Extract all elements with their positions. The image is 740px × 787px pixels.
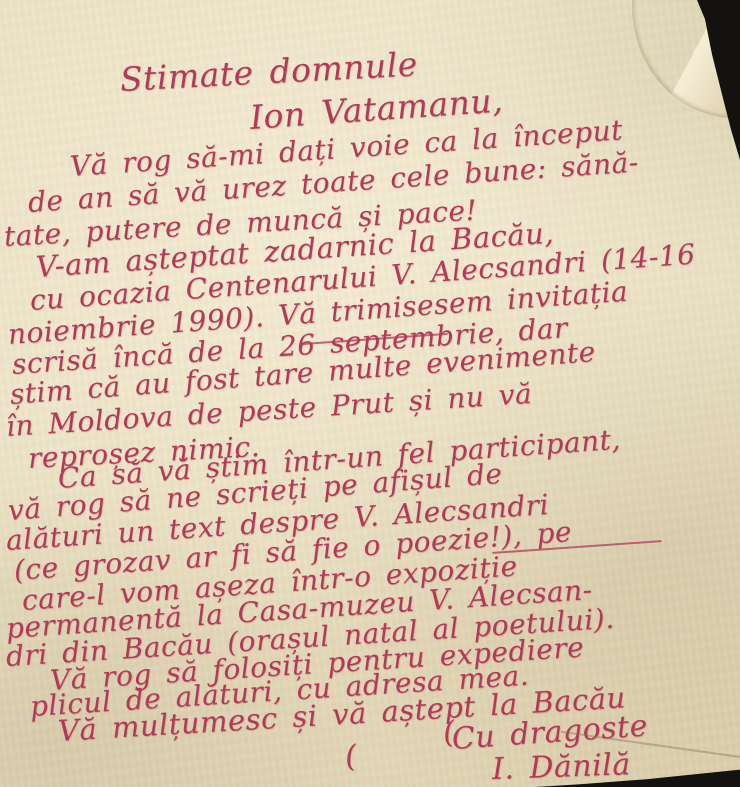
letter-paper: Stimate domnule Ion Vatamanu, Vă rog să-… — [0, 0, 740, 787]
signature-name: I. Dănilă — [491, 747, 631, 787]
stray-paren-mark: ( — [343, 739, 359, 775]
